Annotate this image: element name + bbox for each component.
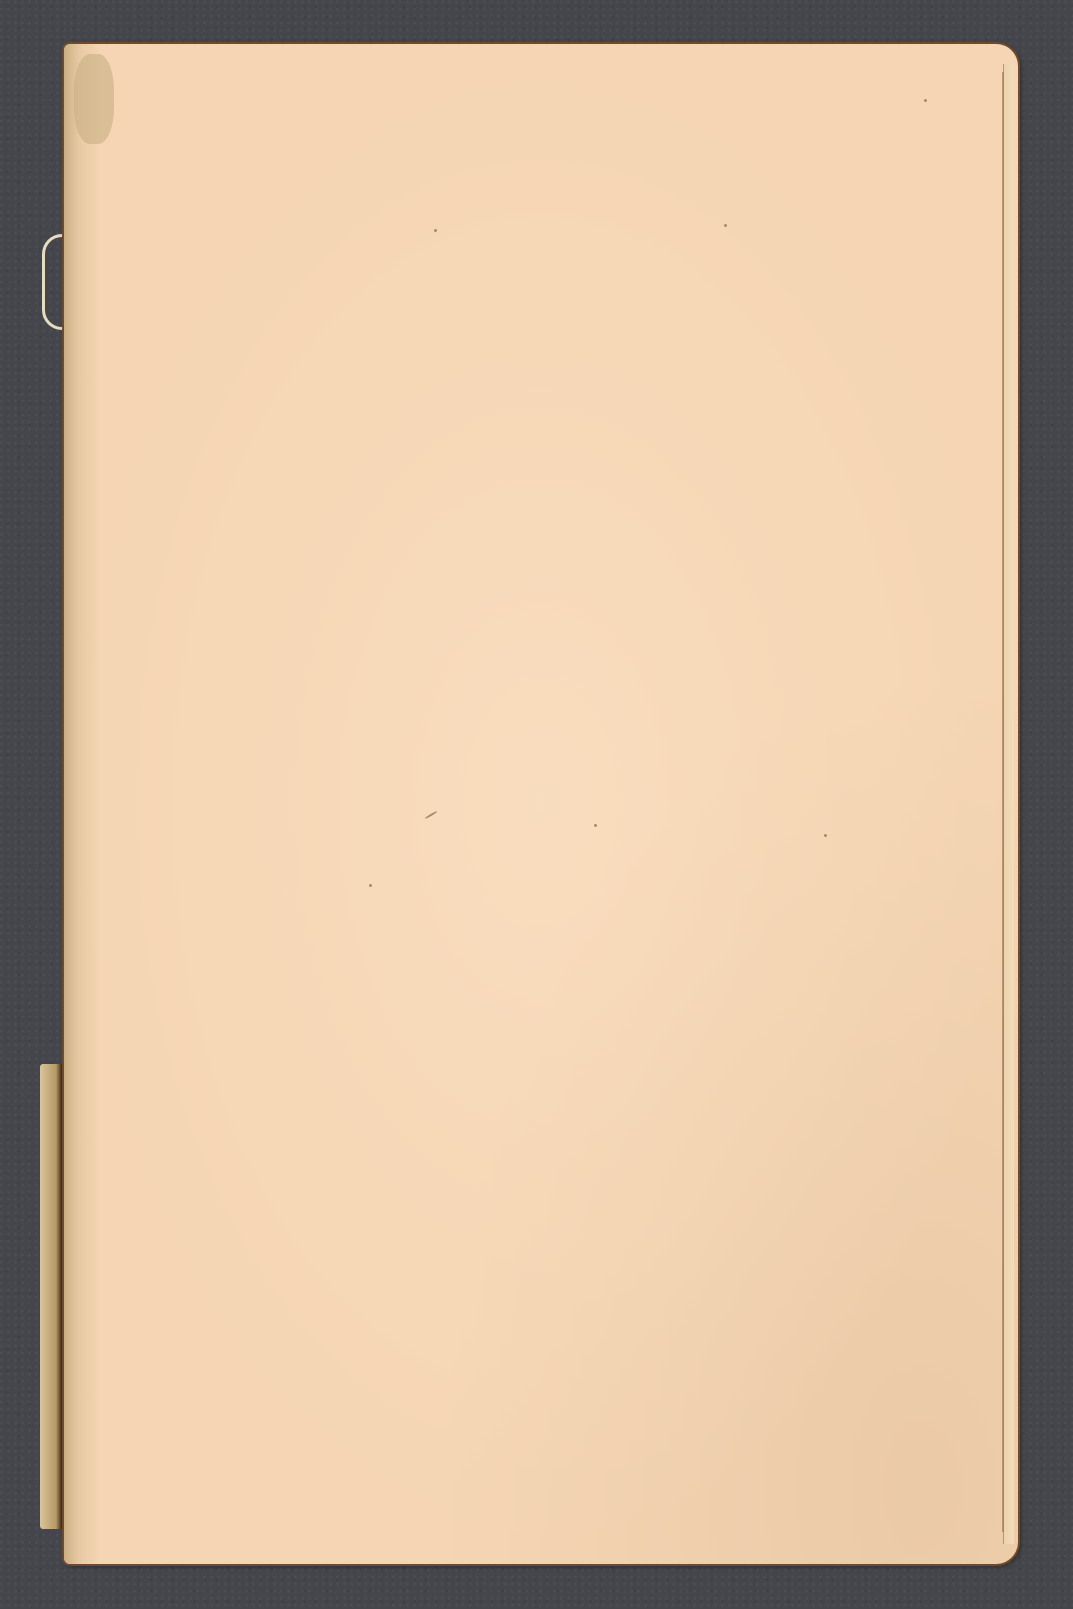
- spine-edge: [64, 44, 100, 1564]
- paper-speck: [369, 884, 372, 887]
- fore-edge-pages: [1003, 64, 1014, 1544]
- paper-speck: [594, 824, 597, 827]
- booklet: [64, 44, 1018, 1564]
- paper-speck: [434, 229, 437, 232]
- paper-speck: [824, 834, 827, 837]
- paper-speck: [924, 99, 927, 102]
- fore-edge-line: [1002, 72, 1004, 1532]
- corner-stain: [74, 54, 114, 144]
- blank-page: [64, 44, 1018, 1564]
- paper-fiber: [424, 811, 437, 820]
- paper-speck: [724, 224, 727, 227]
